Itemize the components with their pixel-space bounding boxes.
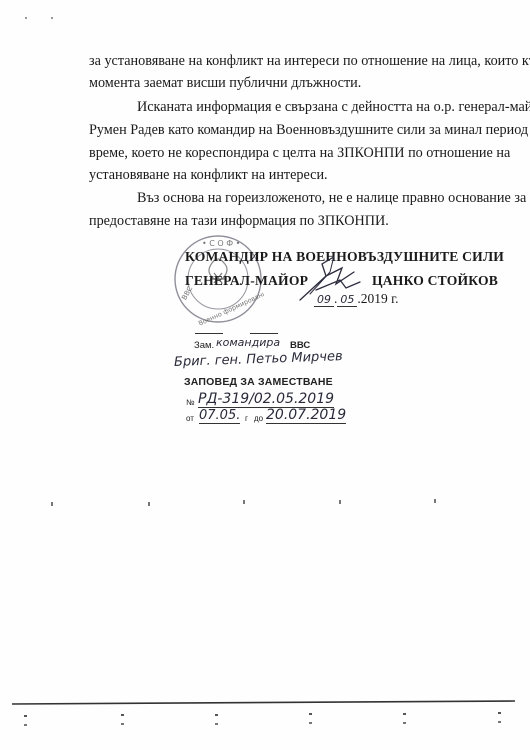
scan-artifact-tick [215, 714, 218, 725]
date-year: .2019 г. [357, 291, 398, 306]
scan-artifact [434, 499, 436, 503]
scan-artifact-tick [121, 714, 124, 725]
date-month-handwritten: 05 [337, 293, 357, 307]
order-from-label: от [186, 414, 194, 423]
order-from-suffix: г [245, 414, 248, 423]
scan-artifact [51, 17, 53, 19]
deputy-name-handwritten: Бриг. ген. Петьо Мирчев [174, 349, 343, 370]
paragraph-2-line-4: установяване на конфликт на интереси. [89, 166, 328, 184]
scan-artifact [339, 500, 341, 504]
order-title: ЗАПОВЕД ЗА ЗАМЕСТВАНЕ [184, 376, 333, 388]
scan-artifact-tick [309, 713, 312, 724]
order-number-handwritten: РД-319/02.05.2019 [198, 391, 334, 408]
scan-artifact [51, 502, 53, 506]
order-from-handwritten: 07.05. [199, 408, 240, 424]
document-page: за установяване на конфликт на интереси … [0, 0, 530, 750]
paragraph-2-line-3: време, което не кореспондира с целта на … [89, 144, 506, 162]
order-to-handwritten: 20.07.2019 [266, 407, 346, 424]
scan-artifact-tick [24, 715, 27, 726]
signatory-rank: ГЕНЕРАЛ-МАЙОР [185, 273, 308, 289]
svg-text:Военно формирование: Военно формирование [197, 287, 264, 325]
paragraph-1-line-1: за установяване на конфликт на интереси … [89, 52, 506, 70]
deputy-prefix: Зам. [194, 340, 214, 351]
stamp-divider-right [250, 333, 278, 334]
scan-artifact-tick [498, 712, 501, 723]
stamp-divider-left [195, 333, 223, 334]
signature-date: 09.05.2019 г. [314, 291, 399, 307]
deputy-title-handwritten: командира [216, 336, 280, 349]
scan-artifact-tick [403, 713, 406, 724]
paragraph-3-line-2: предоставяне на тази информация по ЗПКОН… [89, 212, 389, 230]
paragraph-1-line-2: момента заемат висши публични длъжности. [89, 74, 361, 92]
scan-artifact [243, 500, 245, 504]
signatory-name: ЦАНКО СТОЙКОВ [372, 273, 498, 289]
svg-text:• С О Ф •: • С О Ф • [202, 239, 240, 248]
paragraph-2-line-2: Румен Радев като командир на Военновъзду… [89, 121, 506, 139]
scan-artifact [148, 502, 150, 506]
bottom-rule-line [0, 696, 530, 716]
order-number-label: № [186, 398, 195, 407]
scan-artifact [25, 17, 27, 19]
paragraph-2-line-1: Исканата информация е свързана с дейност… [137, 98, 506, 116]
order-to-label: до [254, 414, 263, 423]
paragraph-3-line-1: Въз основа на гореизложеното, не е налиц… [137, 189, 506, 207]
date-day-handwritten: 09 [314, 293, 334, 307]
